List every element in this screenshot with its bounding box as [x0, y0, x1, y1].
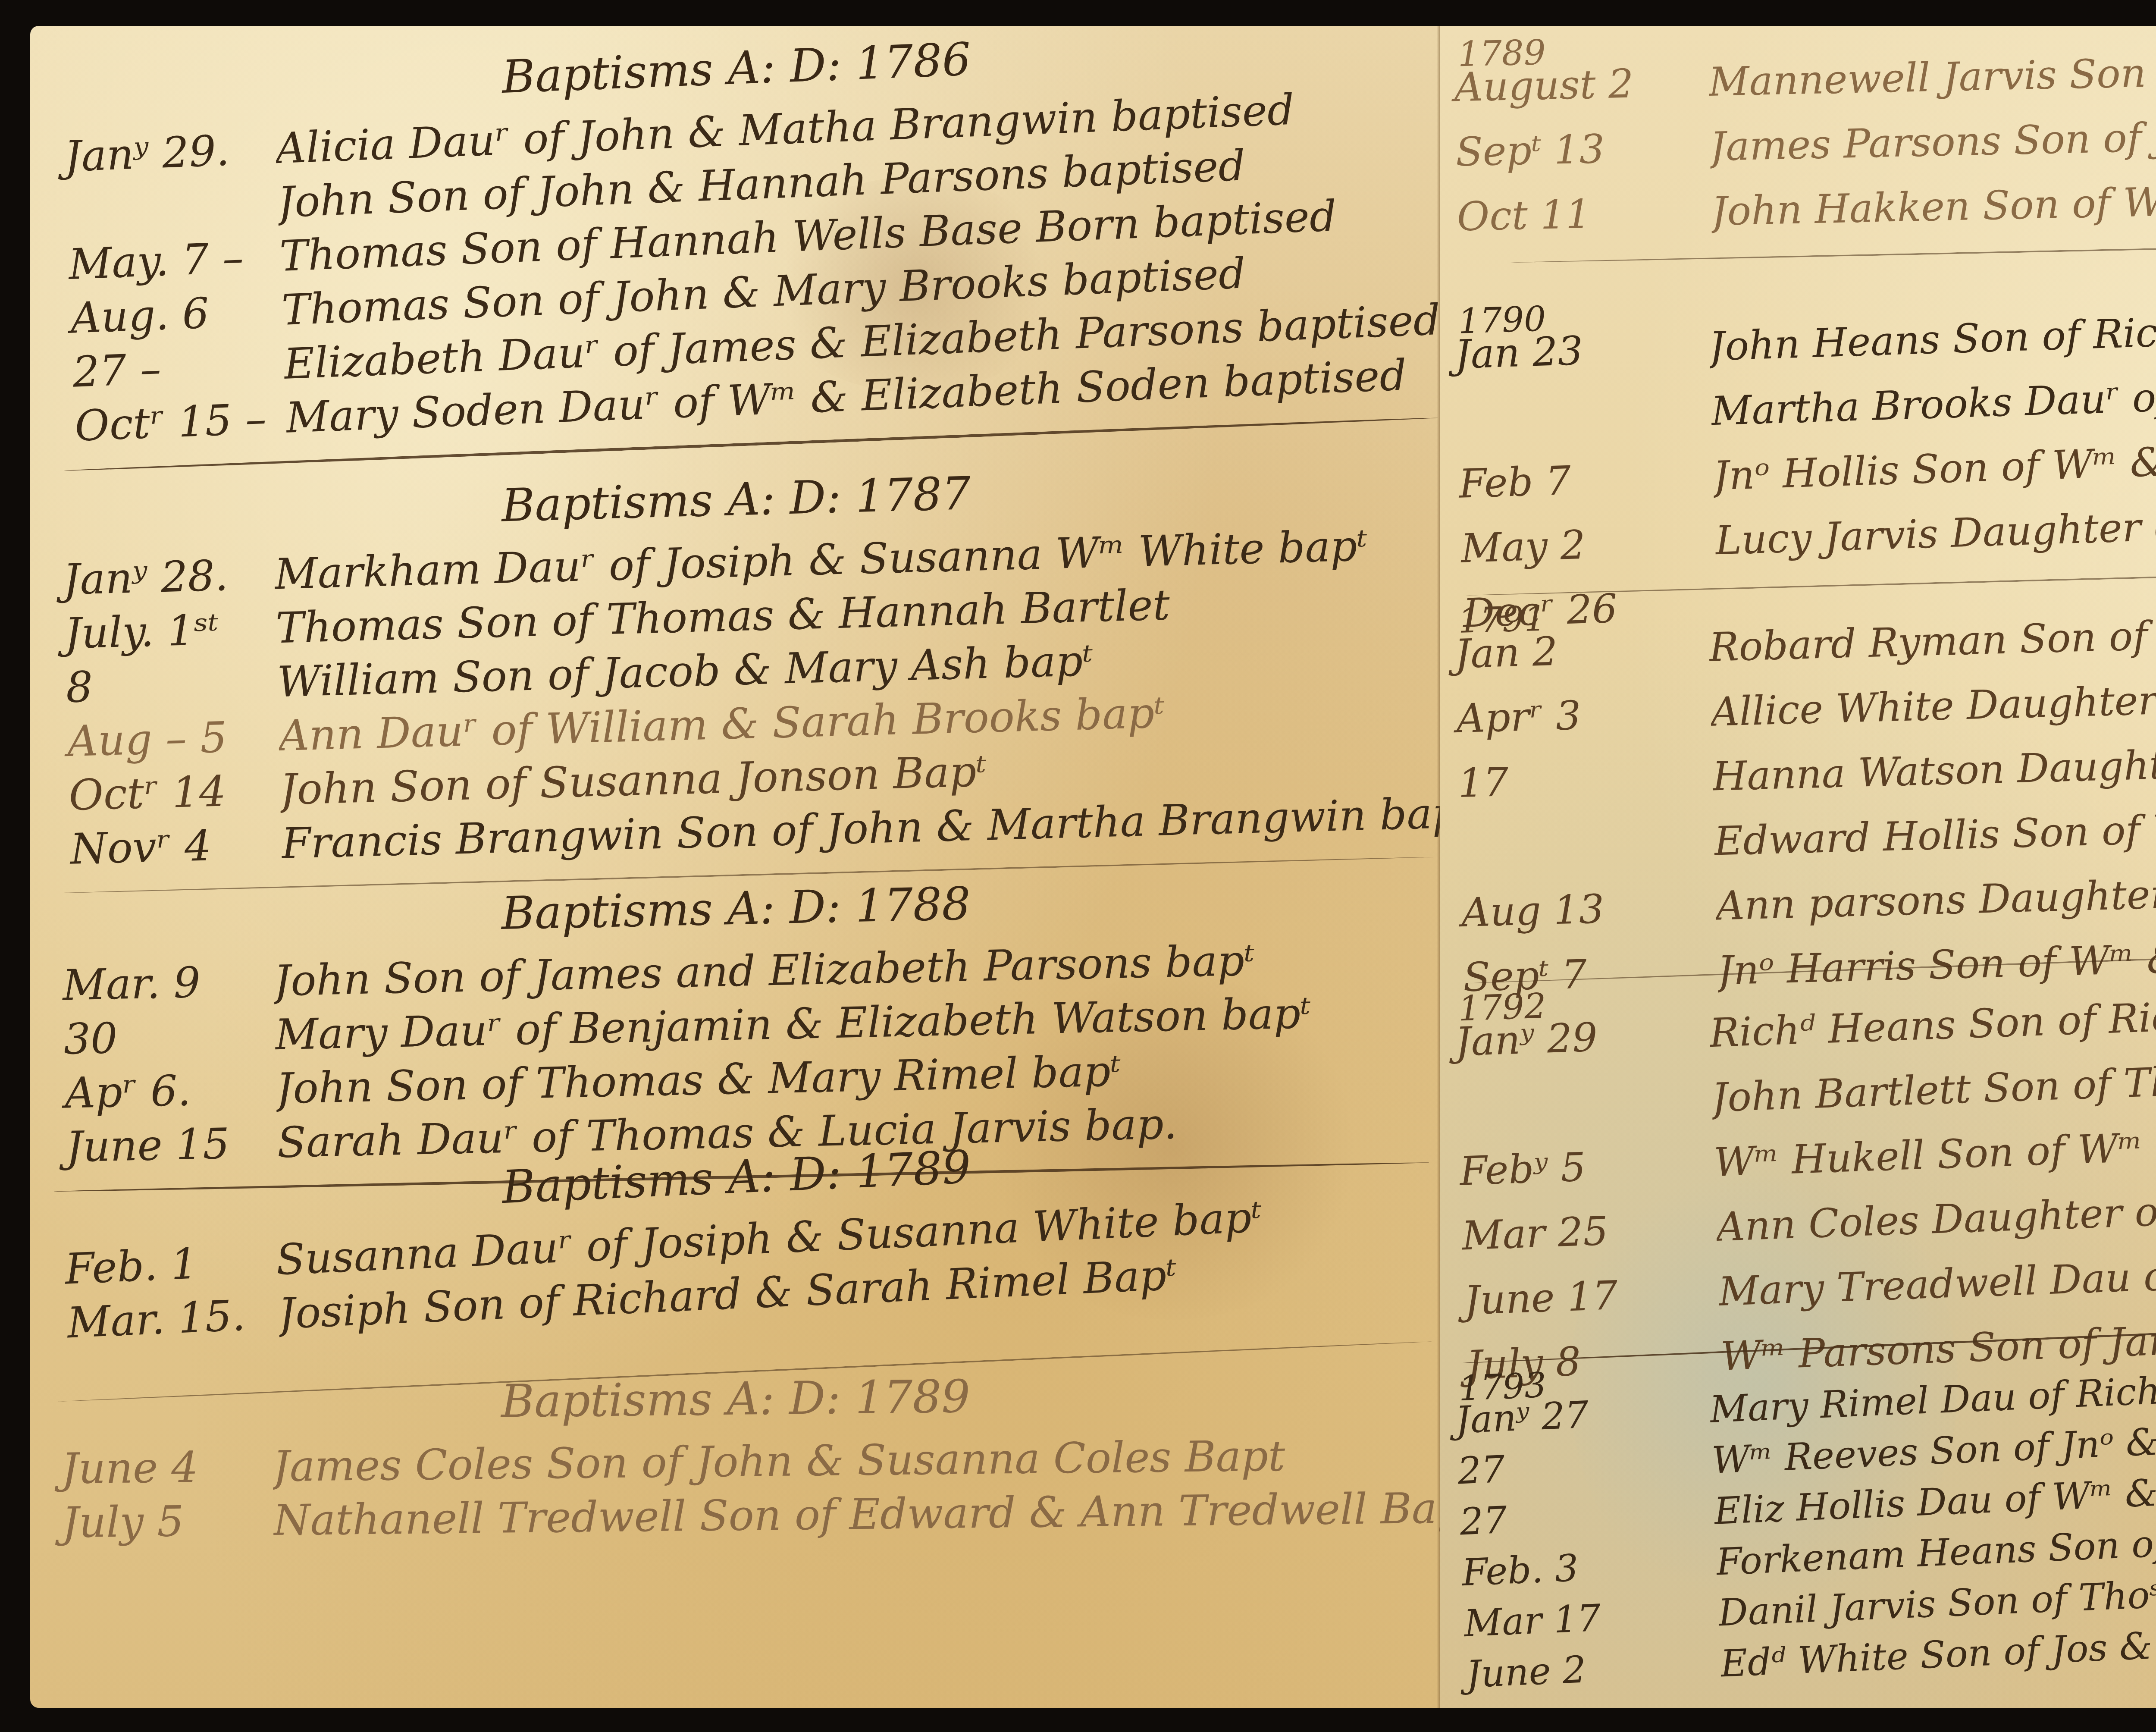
baptisms-block-1789b: Baptisms A: D: 1789 June 4James Coles So… [30, 1348, 1442, 1553]
entry-date: Janʸ 28. [32, 550, 275, 606]
entry-date: 27 – [41, 340, 285, 398]
entry-date: Mar. 15. [36, 1290, 279, 1349]
entry-date: May. 7 – [38, 232, 281, 290]
entry-date: August 2 [1441, 59, 1709, 111]
entry-date: Octʳ 14 [38, 766, 281, 821]
entry-date: July 5 [31, 1496, 273, 1548]
entry-date: July. 1ˢᵗ [34, 604, 276, 659]
entry-date: Sepᵗ 13 [1442, 124, 1711, 176]
entry-date: Jan 23 [1441, 323, 1710, 378]
left-page: Baptisms A: D: 1786 Janʸ 29.Alicia Dauʳ … [30, 26, 1440, 1708]
entry-date: June 4 [31, 1442, 273, 1494]
entry-date: 8 [35, 658, 278, 713]
entry-date: June 17 [1451, 1269, 1719, 1324]
entry-date: 17 [1445, 754, 1713, 807]
entry-date: Aug – 5 [37, 712, 279, 767]
entry-date: Feb. 1 [34, 1236, 277, 1295]
entry-date: Octʳ 15 – [44, 394, 287, 452]
entry-date: Feb 7 [1445, 453, 1714, 507]
entry-date [1445, 425, 1712, 433]
entry-date: Janʸ 29 [1442, 1010, 1710, 1066]
entry-date: Febʸ 5 [1446, 1139, 1714, 1195]
entry-date: Janʸ 29. [33, 124, 276, 182]
entry-date: 30 [33, 1010, 276, 1065]
entry-date: Aug 13 [1448, 883, 1717, 936]
entry-date: May 2 [1447, 518, 1716, 572]
entry-date [37, 217, 279, 226]
entry-date: Oct 11 [1444, 188, 1712, 240]
entry-date: Aug. 6 [40, 286, 283, 344]
block-title: Baptisms A: D: 1789 [30, 1348, 1441, 1445]
entry-date [1447, 855, 1714, 862]
entry-date: Apʳ 6. [34, 1064, 276, 1119]
entry-date: Mar. 9 [32, 957, 274, 1011]
register-block-1793: 1793 Janʸ 27Mary Rimel Dau of Richᵈ & Sa… [1440, 1305, 2156, 1704]
register-block-1792: 1792 Janʸ 29Richᵈ Heans Son of Richᵈ & S… [1440, 935, 2156, 1407]
entry-date: Novʳ 4 [39, 819, 282, 875]
baptisms-block-1787: Baptisms A: D: 1787 Janʸ 28.Markham Dauʳ… [30, 437, 1451, 903]
register-block-1789: 1789 August 2Mannewell Jarvis Son of Tho… [1440, 6, 2156, 264]
register-block-1791: 1791 Jan 2Robard Ryman Son of Richᵈ & Sa… [1440, 559, 2156, 1020]
entry-date [1445, 1111, 1712, 1121]
entry-date: Aprʳ 3 [1443, 689, 1711, 742]
entry-date: Mar 25 [1448, 1204, 1717, 1260]
baptisms-block-1786: Baptisms A: D: 1786 Janʸ 29.Alicia Dauʳ … [30, 0, 1456, 481]
right-page: 6 1789 August 2Mannewell Jarvis Son of T… [1440, 26, 2156, 1708]
register-spread: Baptisms A: D: 1786 Janʸ 29.Alicia Dauʳ … [30, 26, 2156, 1708]
entry-date: Jan 2 [1441, 624, 1710, 678]
